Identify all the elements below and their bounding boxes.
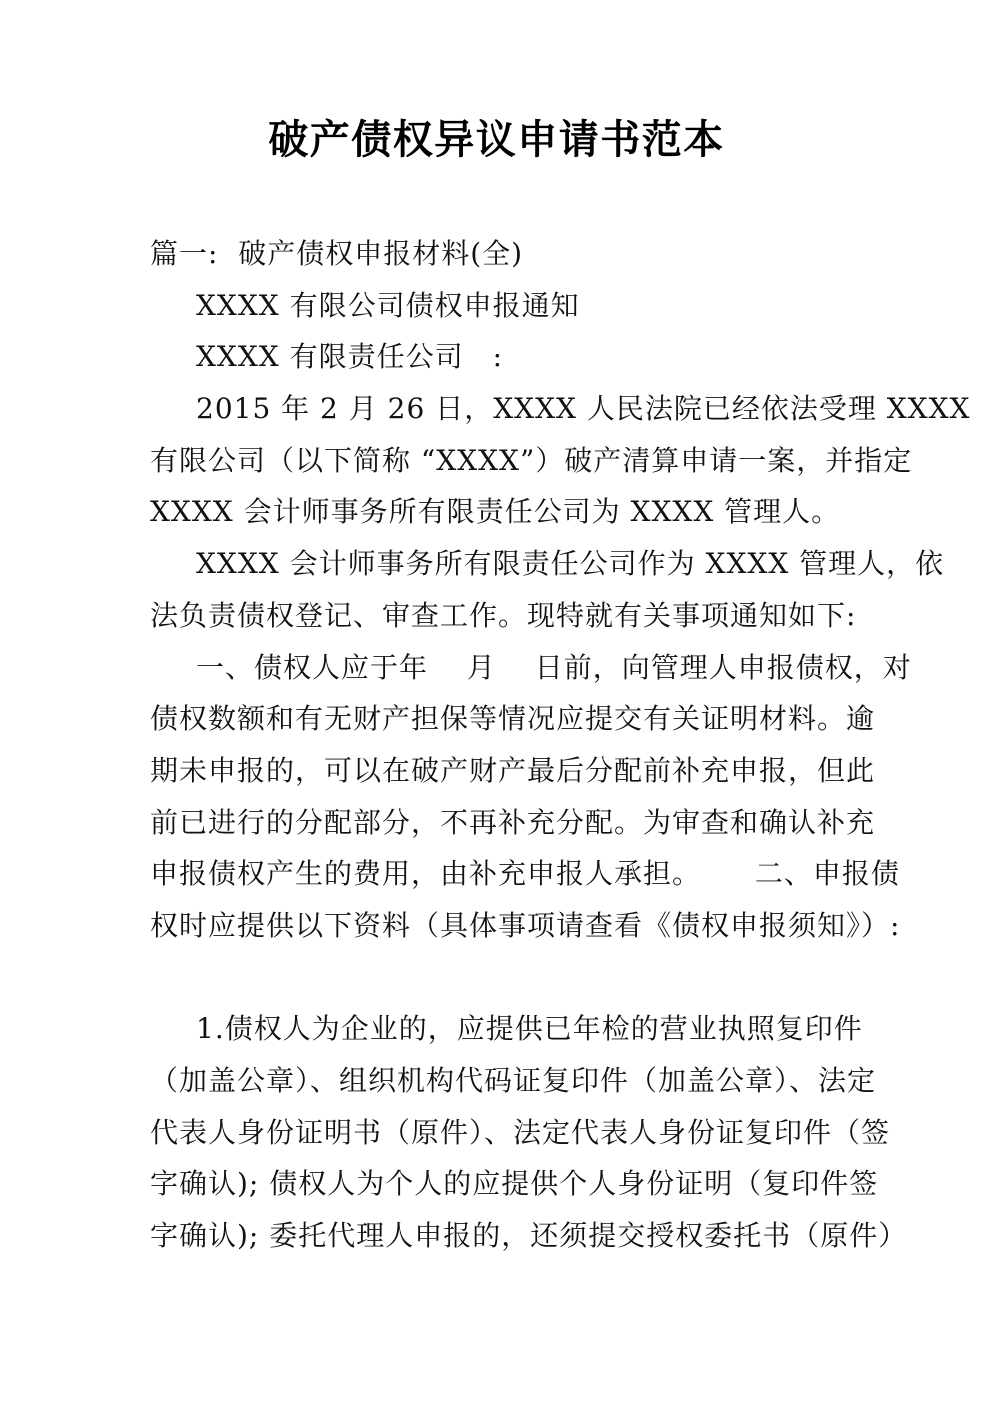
doc-line: 字确认); 委托代理人申报的，还须提交授权委托书（原件） — [150, 1210, 910, 1262]
document-body: 篇一: 破产债权申报材料(全) XXXX 有限公司债权申报通知 XXXX 有限责… — [150, 228, 910, 1262]
document-title: 破产债权异议申请书范本 — [0, 112, 993, 168]
doc-line: 篇一: 破产债权申报材料(全) — [150, 228, 910, 280]
doc-line: 代表人身份证明书（原件）、法定代表人身份证复印件（签 — [150, 1107, 910, 1159]
doc-line: 前已进行的分配部分，不再补充分配。为审查和确认补充 — [150, 797, 910, 849]
doc-line: 有限公司（以下简称 “XXXX”）破产清算申请一案，并指定 — [150, 435, 910, 487]
doc-line: 期未申报的，可以在破产财产最后分配前补充申报，但此 — [150, 745, 910, 797]
doc-line: XXXX 会计师事务所有限责任公司为 XXXX 管理人。 — [150, 486, 910, 538]
doc-line: XXXX 会计师事务所有限责任公司作为 XXXX 管理人，依 — [150, 538, 910, 590]
doc-line: （加盖公章）、组织机构代码证复印件（加盖公章）、法定 — [150, 1055, 910, 1107]
document-page: 破产债权异议申请书范本 篇一: 破产债权申报材料(全) XXXX 有限公司债权申… — [0, 0, 993, 1404]
doc-line: 1.债权人为企业的，应提供已年检的营业执照复印件 — [150, 1003, 910, 1055]
doc-line: 申报债权产生的费用，由补充申报人承担。 二、申报债 — [150, 848, 910, 900]
doc-line: 2015 年 2 月 26 日，XXXX 人民法院已经依法受理 XXXX — [150, 383, 910, 435]
doc-line: 债权数额和有无财产担保等情况应提交有关证明材料。逾 — [150, 693, 910, 745]
doc-line: 字确认); 债权人为个人的应提供个人身份证明（复印件签 — [150, 1158, 910, 1210]
doc-line: 法负责债权登记、审查工作。现特就有关事项通知如下: — [150, 590, 910, 642]
doc-line: 权时应提供以下资料（具体事项请查看《债权申报须知》）: — [150, 900, 910, 952]
doc-line: XXXX 有限公司债权申报通知 — [150, 280, 910, 332]
doc-line: 一、债权人应于年 月 日前，向管理人申报债权，对 — [150, 642, 910, 694]
doc-line: XXXX 有限责任公司 : — [150, 331, 910, 383]
